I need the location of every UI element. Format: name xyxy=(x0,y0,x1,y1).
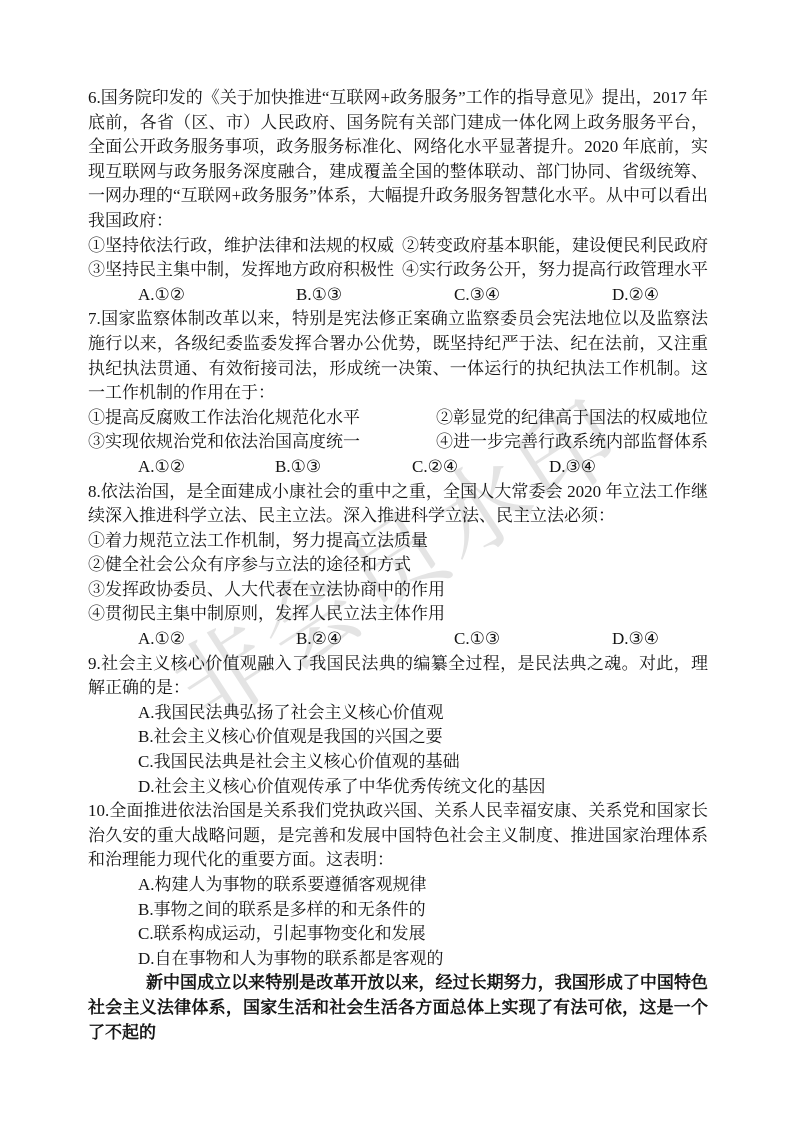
question-9-option-a: A.我国民法典弘扬了社会主义核心价值观 xyxy=(88,701,708,726)
question-8-item-2: ②健全社会公众有序参与立法的途径和方式 xyxy=(88,553,708,578)
question-7-item-3: ③实现依规治党和依法治国高度统一 xyxy=(88,430,360,455)
question-7-items-row-2: ③实现依规治党和依法治国高度统一 ④进一步完善行政系统内部监督体系 xyxy=(88,430,708,455)
question-9-option-c: C.我国民法典是社会主义核心价值观的基础 xyxy=(88,750,708,775)
question-8: 8.依法治国，是全面建成小康社会的重中之重，全国人大常委会 2020 年立法工作… xyxy=(88,480,708,652)
question-10: 10.全面推进依法治国是关系我们党执政兴国、关系人民幸福安康、关系党和国家长治久… xyxy=(88,799,708,971)
question-6-option-b: B.①③ xyxy=(296,283,454,308)
question-8-item-4: ④贯彻民主集中制原则，发挥人民立法主体作用 xyxy=(88,602,708,627)
question-10-option-d: D.自在事物和人为事物的联系都是客观的 xyxy=(88,947,708,972)
question-6: 6.国务院印发的《关于加快推进“互联网+政务服务”工作的指导意见》提出，2017… xyxy=(88,86,708,307)
question-6-option-a: A.①② xyxy=(138,283,296,308)
question-10-body: 10.全面推进依法治国是关系我们党执政兴国、关系人民幸福安康、关系党和国家长治久… xyxy=(88,799,708,873)
question-7-option-c: C.②④ xyxy=(412,455,549,480)
question-8-option-b: B.②④ xyxy=(296,627,454,652)
question-10-option-c: C.联系构成运动，引起事物变化和发展 xyxy=(88,922,708,947)
question-6-items-row-1: ①坚持依法行政，维护法律和法规的权威 ②转变政府基本职能，建设便民利民政府 xyxy=(88,234,708,259)
question-9-body: 9.社会主义核心价值观融入了我国民法典的编纂全过程，是民法典之魂。对此，理解正确… xyxy=(88,652,708,701)
question-7-body: 7.国家监察体制改革以来，特别是宪法修正案确立监察委员会宪法地位以及监察法施行以… xyxy=(88,307,708,405)
question-9: 9.社会主义核心价值观融入了我国民法典的编纂全过程，是民法典之魂。对此，理解正确… xyxy=(88,652,708,800)
question-6-option-d: D.②④ xyxy=(612,283,659,308)
question-7-item-4: ④进一步完善行政系统内部监督体系 xyxy=(436,430,708,455)
question-6-item-2: ②转变政府基本职能，建设便民利民政府 xyxy=(402,234,708,259)
question-7-option-a: A.①② xyxy=(138,455,275,480)
question-6-body: 6.国务院印发的《关于加快推进“互联网+政务服务”工作的指导意见》提出，2017… xyxy=(88,86,708,234)
question-10-option-a: A.构建人为事物的联系要遵循客观规律 xyxy=(88,873,708,898)
question-9-option-d: D.社会主义核心价值观传承了中华优秀传统文化的基因 xyxy=(88,775,708,800)
exam-content: 6.国务院印发的《关于加快推进“互联网+政务服务”工作的指导意见》提出，2017… xyxy=(88,86,708,1045)
question-7-option-d: D.③④ xyxy=(549,455,596,480)
question-8-options: A.①② B.②④ C.①③ D.③④ xyxy=(88,627,708,652)
question-6-item-1: ①坚持依法行政，维护法律和法规的权威 xyxy=(88,234,394,259)
question-8-body: 8.依法治国，是全面建成小康社会的重中之重，全国人大常委会 2020 年立法工作… xyxy=(88,480,708,529)
question-7: 7.国家监察体制改革以来，特别是宪法修正案确立监察委员会宪法地位以及监察法施行以… xyxy=(88,307,708,479)
closing-paragraph: 新中国成立以来特别是改革开放以来，经过长期努力，我国形成了中国特色社会主义法律体… xyxy=(88,971,708,1045)
question-6-item-4: ④实行政务公开，努力提高行政管理水平 xyxy=(402,258,708,283)
question-9-option-b: B.社会主义核心价值观是我国的兴国之要 xyxy=(88,725,708,750)
question-6-option-c: C.③④ xyxy=(454,283,612,308)
question-7-option-b: B.①③ xyxy=(275,455,412,480)
question-7-items-row-1: ①提高反腐败工作法治化规范化水平 ②彰显党的纪律高于国法的权威地位 xyxy=(88,406,708,431)
question-7-options: A.①② B.①③ C.②④ D.③④ xyxy=(88,455,708,480)
question-8-item-3: ③发挥政协委员、人大代表在立法协商中的作用 xyxy=(88,578,708,603)
question-7-item-1: ①提高反腐败工作法治化规范化水平 xyxy=(88,406,360,431)
question-6-items-row-2: ③坚持民主集中制，发挥地方政府积极性 ④实行政务公开，努力提高行政管理水平 xyxy=(88,258,708,283)
question-6-options: A.①② B.①③ C.③④ D.②④ xyxy=(88,283,708,308)
question-10-option-b: B.事物之间的联系是多样的和无条件的 xyxy=(88,898,708,923)
question-8-item-1: ①着力规范立法工作机制，努力提高立法质量 xyxy=(88,529,708,554)
question-8-option-d: D.③④ xyxy=(612,627,659,652)
exam-page: { "watermark": "非会员水印", "q6": { "body": … xyxy=(0,0,793,1122)
question-7-item-2: ②彰显党的纪律高于国法的权威地位 xyxy=(436,406,708,431)
question-6-item-3: ③坚持民主集中制，发挥地方政府积极性 xyxy=(88,258,394,283)
question-8-option-c: C.①③ xyxy=(454,627,612,652)
question-8-option-a: A.①② xyxy=(138,627,296,652)
